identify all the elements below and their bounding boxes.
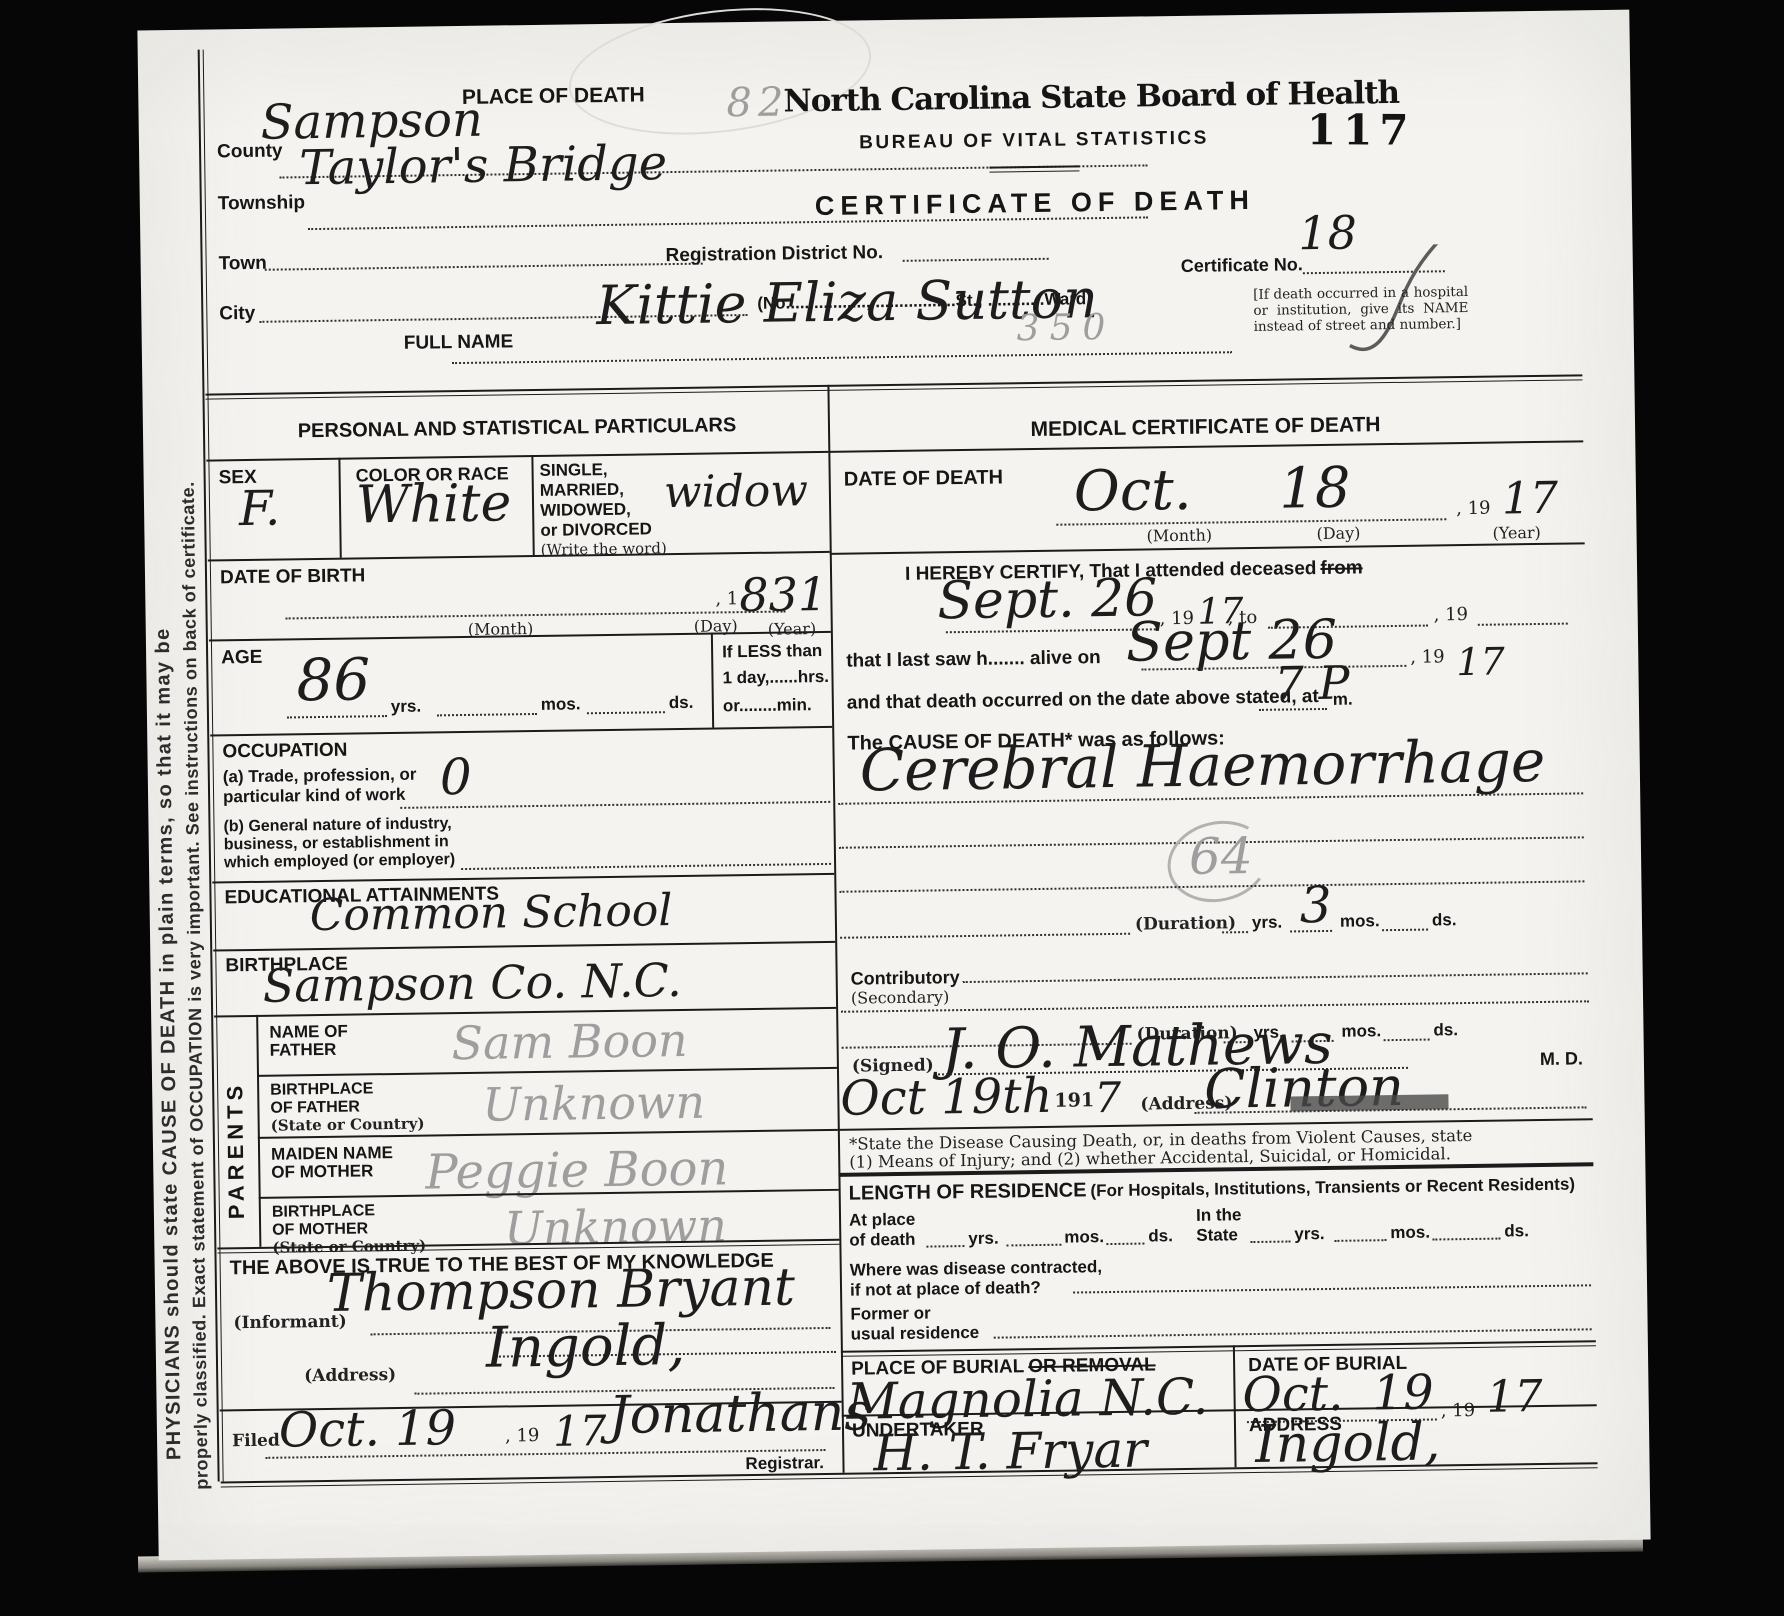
burial-address-value: Ingold, [1255,1412,1441,1475]
age-if-less-3: or........min. [723,695,812,716]
duration-label: (Duration) [1135,913,1236,934]
marital-value: widow [664,465,809,518]
registrar-signature: Jonathans [608,1382,871,1446]
contributory-line [963,972,1588,983]
last-saw-19-printed: , 19 [1410,646,1445,667]
last-saw-label: that I last saw h....... alive on [846,647,1101,673]
father-birthplace-value: Unknown [482,1075,705,1132]
town-label: Town [219,253,267,276]
dob-label: DATE OF BIRTH [220,565,366,589]
duration2-ds-label: ds. [1433,1020,1458,1040]
column-divider [827,385,844,1473]
registrar-label: Registrar. [745,1453,824,1474]
duration-ds-label: ds. [1432,910,1457,930]
contracted-line [1073,1284,1591,1293]
full-name-line [452,351,1232,364]
filed-year-value: 17 [553,1406,607,1456]
father-name-value: Sam Boon [451,1013,688,1070]
burial-19-printed: , 19 [1441,1400,1476,1421]
stamp-number: 117 [1307,105,1416,154]
duration-line-b [1222,931,1248,933]
township-label: Township [218,192,306,215]
death-m-label: m. [1333,690,1353,710]
certificate-page: PHYSICIANS should state CAUSE OF DEATH i… [137,10,1650,1561]
duration2-mos-label: mos. [1341,1021,1381,1042]
occupation-a-line2: particular kind of work [223,785,406,808]
age-mos-label: mos. [541,694,581,715]
duration-mos-label: mos. [1340,911,1380,932]
to-19-printed: , 19 [1434,604,1469,625]
township-value: Taylor's Bridge [299,135,667,196]
rule [206,451,828,462]
occupation-label: OCCUPATION [222,740,347,764]
certificate-title: CERTIFICATE OF DEATH [785,184,1285,222]
res-mos-2: mos. [1390,1223,1430,1244]
certify-from-struck: from [1320,557,1363,579]
res-line [1006,1244,1061,1247]
rule [531,455,534,555]
education-value: Common School [309,885,672,941]
rule [210,726,832,737]
hospital-note: [If death occurred in a hospital or inst… [1253,284,1469,335]
md-label: M. D. [1540,1048,1583,1070]
age-line [587,711,665,714]
at-place-label-1: At place [849,1210,915,1231]
rule [256,1015,261,1247]
dob-year-hint: (Year) [768,619,817,639]
county-pencil-number: 82 [726,79,790,126]
attended-date-value: Sept. 26 [937,568,1158,631]
in-the-label-1: In the [1196,1205,1242,1226]
occupation-b-line3: which employed (or employer) [224,850,455,872]
date-of-death-label: DATE OF DEATH [844,466,1004,491]
board-title: North Carolina State Board of Health [783,76,1283,119]
age-line [287,715,387,718]
dob-year-printed: , 1 [715,588,738,609]
personal-section-title: PERSONAL AND STATISTICAL PARTICULARS [206,413,828,445]
contracted-label-1: Where was disease contracted, [850,1257,1103,1281]
last-saw-year-value: 17 [1456,639,1505,684]
rule [711,633,714,728]
faint-stamp-circle [562,0,878,150]
duration-line-a [840,933,1130,939]
age-if-less-2: 1 day,......hrs. [722,667,829,688]
color-race-value: White [356,473,512,535]
in-the-label-2: State [1196,1225,1238,1246]
age-value: 86 [296,645,371,714]
marital-label-1: SINGLE, [539,459,665,481]
res-yrs-1: yrs. [968,1229,999,1249]
duration-yrs-label: yrs. [1252,913,1283,933]
at-place-label-2: of death [849,1230,915,1251]
undertaker-value: H. T. Fryar [873,1421,1148,1483]
filed-label: Filed [232,1431,280,1452]
certificate-no-label: Certificate No. [1181,254,1303,277]
to-line2 [1478,623,1568,626]
occupation-a-line1: (a) Trade, profession, or [223,765,417,788]
age-label: AGE [221,647,262,670]
res-ds-1: ds. [1148,1226,1173,1246]
res-mos-1: mos. [1064,1227,1104,1248]
signed-date-value: Oct 19th [840,1068,1053,1127]
rule [213,941,835,952]
burial-year-value: 17 [1486,1371,1543,1423]
duration2-line-d [1384,1039,1430,1042]
occupation-b-line [461,863,831,870]
former-line [994,1328,1592,1338]
informant-address-label: (Address) [304,1365,396,1386]
birthplace-value: Sampson Co. N.C. [262,953,682,1013]
filed-19-printed: , 19 [505,1425,540,1446]
marital-label-2: MARRIED, [540,479,666,501]
age-if-less-1: If LESS than [722,641,822,662]
sex-value: F. [239,481,281,538]
filed-date-value: Oct. 19 [279,1400,457,1458]
dob-year-value: 831 [739,567,828,622]
age-yrs-label: yrs. [391,697,422,717]
signed-year-value: 7 [1094,1073,1121,1122]
city-label: City [219,303,255,325]
dod-year-hint: (Year) [1492,523,1541,543]
secondary-label: (Secondary) [851,987,950,1007]
occupation-a-value: 0 [439,748,472,806]
res-line [1106,1243,1144,1246]
header-bottom-rule [205,374,1582,399]
marital-label-4: or DIVORCED [540,519,666,541]
res-yrs-2: yrs. [1294,1224,1325,1244]
bureau-divider [989,165,1079,172]
age-ds-label: ds. [669,693,694,713]
parents-label: PARENTS [222,1049,250,1219]
father-name-label-2: FATHER [270,1040,337,1061]
mother-name-label-2: OF MOTHER [271,1161,373,1182]
death-stated-label: and that death occurred on the date abov… [847,686,1319,715]
marital-label-3: WIDOWED, [540,499,666,521]
age-line [437,713,537,716]
res-line [926,1245,964,1248]
date-of-death-value: Oct. 18 [1073,456,1351,525]
duration-line-d [1382,929,1428,932]
res-line [1432,1238,1500,1241]
cause-value: Cerebral Haemorrhage [859,727,1545,805]
registration-district-label: Registration District No. [665,242,883,267]
dod-month-hint: (Month) [1146,526,1212,546]
res-line [1334,1239,1386,1242]
rule [208,551,830,562]
residence-title-paren: (For Hospitals, Institutions, Transients… [1090,1175,1575,1201]
cause-pencil-number: 64 [1189,827,1253,886]
town-line [265,263,703,271]
rule [212,873,834,884]
former-label-1: Former or [850,1304,931,1325]
bureau-subtitle: BUREAU OF VITAL STATISTICS [784,126,1284,155]
former-label-2: usual residence [851,1323,980,1345]
burial-divider [1233,1345,1237,1467]
dod-year-value: 17 [1502,473,1559,525]
contracted-label-2: if not at place of death? [850,1278,1041,1301]
residence-title: LENGTH OF RESIDENCE [849,1179,1087,1204]
dod-day-hint: (Day) [1316,523,1360,543]
father-state-or-country-hint: (State or Country) [271,1115,425,1135]
full-name-label: FULL NAME [404,331,514,355]
signed-191-printed: 191 [1054,1089,1094,1112]
res-ds-2: ds. [1504,1221,1529,1241]
death-time-line [1259,708,1327,711]
dod-19-printed: , 19 [1456,498,1491,519]
res-line [1250,1241,1290,1244]
informant-address-value: Ingold, [485,1313,685,1381]
rule [338,458,341,558]
duration-mos-value: 3 [1299,876,1332,934]
contributory-line2 [841,1000,1589,1012]
medical-section-title: MEDICAL CERTIFICATE OF DEATH [828,410,1583,445]
contributory-label: Contributory [851,967,960,990]
registration-district-line [903,258,1049,262]
full-name-pencil-number: 350 [1016,307,1115,349]
